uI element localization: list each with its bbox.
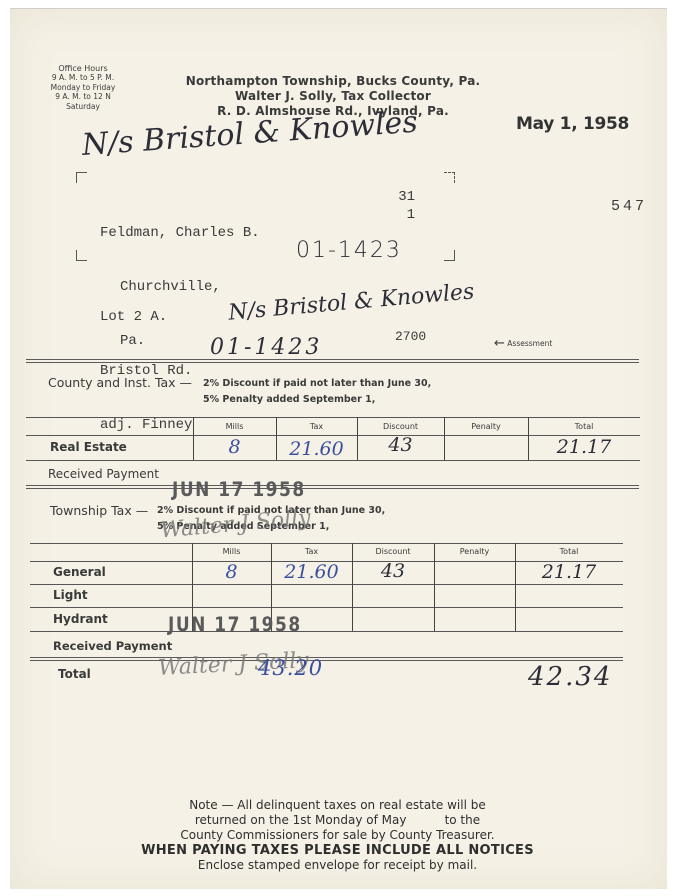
cell-discount: 43 (352, 560, 434, 582)
footer-line-3: County Commissioners for sale by County … (60, 828, 615, 843)
payment-date-stamp: JUN 17 1958 (168, 614, 302, 637)
col-header-tax: Tax (271, 547, 352, 556)
assessment-label: ← Assessment (494, 336, 552, 351)
table-line (515, 543, 516, 631)
col-header-penalty: Penalty (444, 422, 528, 431)
office-hours-line: Monday to Friday (28, 83, 138, 92)
table-line (434, 543, 435, 631)
address-corner-br (444, 250, 455, 261)
cell-mills: 8 (192, 561, 271, 583)
office-hours-line: 9 A. M. to 12 N (28, 92, 138, 101)
table-line (30, 631, 623, 632)
gross-total: 43.20 (258, 656, 323, 680)
table-line (26, 460, 640, 461)
county-discount-note: 2% Discount if paid not later than June … (203, 376, 431, 392)
cell-total: 21.17 (528, 436, 640, 458)
table-line (30, 584, 623, 585)
address-corner-tl (76, 172, 87, 183)
table-line (26, 417, 640, 418)
row-label-hydrant: Hydrant (53, 612, 108, 626)
section-divider (26, 359, 639, 363)
total-label: Total (58, 667, 91, 681)
section-divider (26, 485, 639, 489)
row-label-real-estate: Real Estate (50, 440, 127, 454)
address-corner-tr (444, 172, 455, 183)
footer-line-2: returned on the 1st Monday of May to the (60, 813, 615, 828)
ward-code-2: 1 (395, 206, 415, 224)
col-header-mills: Mills (193, 422, 276, 431)
net-total: 42.34 (528, 662, 612, 692)
table-line (30, 607, 623, 608)
cell-discount: 43 (357, 434, 444, 456)
ward-codes: 31 1 (395, 188, 415, 224)
county-received-payment: Received Payment (48, 467, 159, 481)
arrow-left-icon: ← (494, 336, 505, 351)
table-line (352, 543, 353, 631)
bill-number: 547 (611, 198, 647, 215)
cell-tax: 21.60 (276, 438, 357, 460)
col-header-mills: Mills (192, 547, 271, 556)
ward-code-1: 31 (395, 188, 415, 206)
table-line (30, 543, 623, 544)
taxpayer-name: Feldman, Charles B. (100, 224, 260, 242)
county-tax-notes: 2% Discount if paid not later than June … (203, 376, 431, 408)
col-header-total: Total (515, 547, 623, 556)
cell-tax: 21.60 (271, 561, 352, 583)
col-header-penalty: Penalty (434, 547, 515, 556)
col-header-total: Total (528, 422, 640, 431)
township-received-payment: Received Payment (53, 639, 172, 653)
delinquency-notice: Note — All delinquent taxes on real esta… (60, 798, 615, 873)
property-adjacent: adj. Finney (100, 416, 192, 434)
footer-line-5: Enclose stamped envelope for receipt by … (60, 858, 615, 873)
address-corner-bl (76, 250, 87, 261)
col-header-tax: Tax (276, 422, 357, 431)
header-township: Northampton Township, Bucks County, Pa. (178, 74, 488, 89)
account-number-handwritten-2: 01-1423 (210, 335, 322, 360)
account-number-handwritten: 01-1423 (296, 238, 402, 263)
office-hours-line: Saturday (28, 102, 138, 111)
footer-line-1: Note — All delinquent taxes on real esta… (60, 798, 615, 813)
col-header-discount: Discount (352, 547, 434, 556)
office-hours: Office Hours 9 A. M. to 5 P. M. Monday t… (28, 64, 138, 111)
header-collector: Walter J. Solly, Tax Collector (178, 89, 488, 104)
county-tax-title: County and Inst. Tax — (48, 375, 192, 390)
office-hours-line: 9 A. M. to 5 P. M. (28, 73, 138, 82)
footer-instruction: WHEN PAYING TAXES PLEASE INCLUDE ALL NOT… (60, 843, 615, 858)
assessment-label-text: Assessment (507, 339, 552, 348)
county-penalty-note: 5% Penalty added September 1, (203, 392, 431, 408)
col-header-discount: Discount (357, 422, 444, 431)
office-hours-title: Office Hours (28, 64, 138, 73)
row-label-general: General (53, 565, 106, 579)
bill-date: May 1, 1958 (516, 114, 629, 134)
cell-mills: 8 (193, 436, 276, 458)
assessment-value: 2700 (395, 329, 426, 344)
payment-date-stamp: JUN 17 1958 (172, 479, 306, 502)
property-lot: Lot 2 A. (100, 308, 192, 326)
row-label-light: Light (53, 588, 88, 602)
township-tax-title: Township Tax — (50, 503, 148, 518)
section-divider (30, 657, 623, 661)
cell-total: 21.17 (515, 561, 623, 583)
